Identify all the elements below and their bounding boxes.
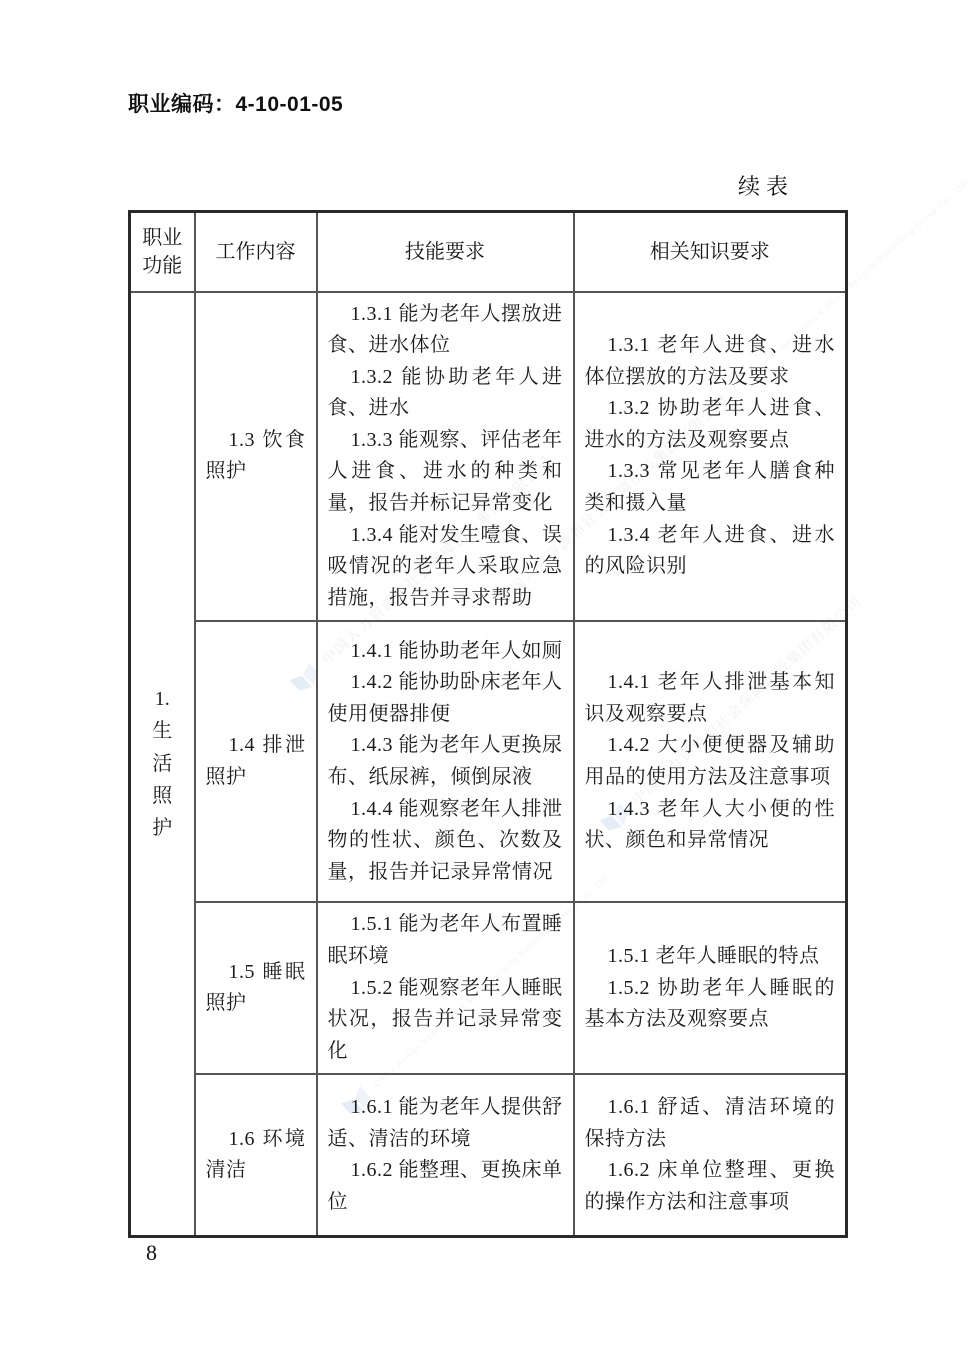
skill-item: 1.3.3 能观察、评估老年人进食、进水的种类和量，报告并标记异常变化 [328,425,563,520]
knowledge-cell: 1.4.1 老年人排泄基本知识及观察要点 1.4.2 大小便便器及辅助用品的使用… [574,621,847,902]
knowledge-item: 1.3.1 老年人进食、进水体位摆放的方法及要求 [585,330,836,393]
knowledge-item: 1.3.4 老年人进食、进水的风险识别 [585,520,836,583]
table-row: 1.6 环境清洁 1.6.1 能为老年人提供舒适、清洁的环境 1.6.2 能整理… [130,1074,847,1236]
work-cell: 1.3 饮食照护 [195,292,317,622]
knowledge-item: 1.3.3 常见老年人膳食种类和摄入量 [585,456,836,519]
knowledge-item: 1.6.1 舒适、清洁环境的保持方法 [585,1092,836,1155]
skill-item: 1.3.1 能为老年人摆放进食、进水体位 [328,299,563,362]
skills-cell: 1.4.1 能协助老年人如厕 1.4.2 能协助卧床老年人使用便器排便 1.4.… [317,621,574,902]
skill-item: 1.4.1 能协助老年人如厕 [328,636,563,668]
column-header-function: 职业功能 [130,212,195,292]
column-header-work: 工作内容 [195,212,317,292]
work-label: 1.3 饮食照护 [206,425,306,488]
work-label: 1.4 排泄照护 [206,730,306,793]
skills-cell: 1.5.1 能为老年人布置睡眠环境 1.5.2 能观察老年人睡眠状况，报告并记录… [317,902,574,1074]
skill-item: 1.5.1 能为老年人布置睡眠环境 [328,909,563,972]
skill-item: 1.3.2 能协助老年人进食、进水 [328,362,563,425]
function-cell: 1. 生活照护 [130,292,195,1237]
skills-cell: 1.6.1 能为老年人提供舒适、清洁的环境 1.6.2 能整理、更换床单位 [317,1074,574,1236]
work-label: 1.5 睡眠照护 [206,957,306,1020]
skill-item: 1.4.4 能观察老年人排泄物的性状、颜色、次数及量，报告并记录异常情况 [328,794,563,889]
table-row: 1.4 排泄照护 1.4.1 能协助老年人如厕 1.4.2 能协助卧床老年人使用… [130,621,847,902]
skill-item: 1.6.2 能整理、更换床单位 [328,1155,563,1218]
knowledge-item: 1.3.2 协助老年人进食、进水的方法及观察要点 [585,393,836,456]
skill-item: 1.4.2 能协助卧床老年人使用便器排便 [328,667,563,730]
knowledge-cell: 1.6.1 舒适、清洁环境的保持方法 1.6.2 床单位整理、更换的操作方法和注… [574,1074,847,1236]
knowledge-item: 1.4.3 老年人大小便的性状、颜色和异常情况 [585,794,836,857]
skills-cell: 1.3.1 能为老年人摆放进食、进水体位 1.3.2 能协助老年人进食、进水 1… [317,292,574,622]
table-header-row: 职业功能 工作内容 技能要求 相关知识要求 [130,212,847,292]
work-cell: 1.5 睡眠照护 [195,902,317,1074]
knowledge-item: 1.6.2 床单位整理、更换的操作方法和注意事项 [585,1155,836,1218]
occupation-code: 职业编码：4-10-01-05 [128,88,343,118]
skill-item: 1.3.4 能对发生噎食、误吸情况的老年人采取应急措施，报告并寻求帮助 [328,520,563,615]
standard-table: 职业功能 工作内容 技能要求 相关知识要求 1. 生活照护 1.3 饮食照护 1… [128,210,848,1238]
continued-table-label: 续表 [738,170,808,201]
table-row: 1. 生活照护 1.3 饮食照护 1.3.1 能为老年人摆放进食、进水体位 1.… [130,292,847,622]
work-cell: 1.6 环境清洁 [195,1074,317,1236]
skill-item: 1.4.3 能为老年人更换尿布、纸尿裤，倾倒尿液 [328,730,563,793]
knowledge-item: 1.4.2 大小便便器及辅助用品的使用方法及注意事项 [585,730,836,793]
work-label: 1.6 环境清洁 [206,1124,306,1187]
knowledge-cell: 1.3.1 老年人进食、进水体位摆放的方法及要求 1.3.2 协助老年人进食、进… [574,292,847,622]
function-label: 1. 生活照护 [149,683,175,845]
skill-item: 1.6.1 能为老年人提供舒适、清洁的环境 [328,1092,563,1155]
knowledge-item: 1.5.1 老年人睡眠的特点 [585,941,836,973]
table-row: 1.5 睡眠照护 1.5.1 能为老年人布置睡眠环境 1.5.2 能观察老年人睡… [130,902,847,1074]
column-header-skills: 技能要求 [317,212,574,292]
knowledge-item: 1.5.2 协助老年人睡眠的基本方法及观察要点 [585,973,836,1036]
document-page: 中国人力资源和社会保障出版集团有限公司 中国人力资源和社会保障出版集团有限公司 … [0,0,970,1361]
page-number: 8 [146,1240,157,1266]
work-cell: 1.4 排泄照护 [195,621,317,902]
column-header-knowledge: 相关知识要求 [574,212,847,292]
knowledge-item: 1.4.1 老年人排泄基本知识及观察要点 [585,667,836,730]
knowledge-cell: 1.5.1 老年人睡眠的特点 1.5.2 协助老年人睡眠的基本方法及观察要点 [574,902,847,1074]
skill-item: 1.5.2 能观察老年人睡眠状况，报告并记录异常变化 [328,973,563,1068]
